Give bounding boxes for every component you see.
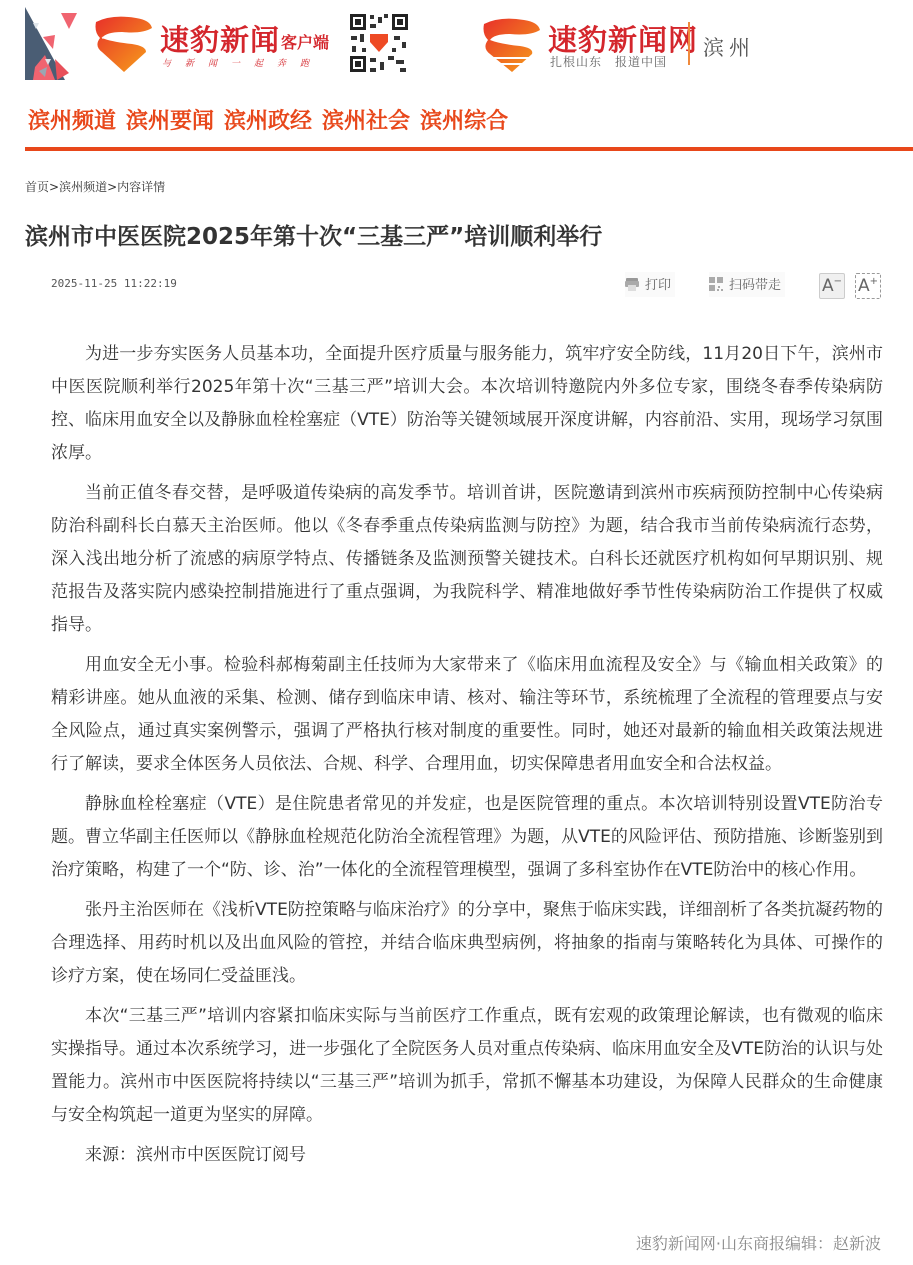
app-slogan: 与新闻一起奔跑 — [162, 56, 323, 69]
decorative-triangles-icon — [25, 7, 79, 80]
article-paragraph: 张丹主治医师在《浅析VTE防控策略与临床治疗》的分享中，聚焦于临床实践，详细剖析… — [51, 894, 883, 993]
breadcrumb-current: 内容详情 — [117, 180, 165, 194]
print-button[interactable]: 打印 — [625, 272, 675, 297]
font-increase-button[interactable]: A+ — [855, 273, 881, 299]
article-paragraph: 本次“三基三严”培训内容紧扣临床实际与当前医疗工作重点，既有宏观的政策理论解读，… — [51, 1000, 883, 1132]
app-leopard-logo-icon — [92, 12, 154, 74]
channel-nav: 滨州频道 滨州要闻 滨州政经 滨州社会 滨州综合 — [28, 104, 508, 135]
breadcrumb-separator: > — [107, 180, 117, 194]
nav-item-binzhou-society[interactable]: 滨州社会 — [322, 104, 410, 135]
print-label: 打印 — [645, 274, 671, 293]
nav-item-binzhou-news[interactable]: 滨州要闻 — [126, 104, 214, 135]
breadcrumb-separator: > — [49, 180, 59, 194]
site-leopard-logo-icon — [480, 14, 542, 72]
font-decrease-button[interactable]: A− — [819, 273, 845, 299]
article-body: 为进一步夯实医务人员基本功，全面提升医疗质量与服务能力，筑牢疗安全防线，11月2… — [51, 338, 883, 1179]
article-title: 滨州市中医医院2025年第十次“三基三严”培训顺利举行 — [25, 218, 602, 251]
app-title: 速豹新闻 — [160, 18, 280, 59]
scan-qr-label: 扫码带走 — [729, 274, 781, 293]
plus-icon: + — [870, 276, 878, 287]
city-label: 滨州 — [703, 32, 755, 62]
printer-icon — [625, 277, 639, 291]
font-increase-label: A — [858, 276, 870, 296]
article-source: 来源：滨州市中医医院订阅号 — [51, 1139, 883, 1172]
nav-item-binzhou-channel[interactable]: 滨州频道 — [28, 104, 116, 135]
breadcrumb-channel[interactable]: 滨州频道 — [59, 180, 107, 194]
publish-datetime: 2025-11-25 11:22:19 — [51, 277, 177, 290]
minus-icon: − — [834, 276, 842, 287]
article-paragraph: 用血安全无小事。检验科郝梅菊副主任技师为大家带来了《临床用血流程及安全》与《输血… — [51, 649, 883, 781]
nav-item-binzhou-general[interactable]: 滨州综合 — [420, 104, 508, 135]
font-decrease-label: A — [822, 276, 834, 296]
editor-credit: 速豹新闻网·山东商报编辑：赵新波 — [636, 1231, 881, 1254]
article-paragraph: 当前正值冬春交替，是呼吸道传染病的高发季节。培训首讲，医院邀请到滨州市疾病预防控… — [51, 477, 883, 642]
article-paragraph: 为进一步夯实医务人员基本功，全面提升医疗质量与服务能力，筑牢疗安全防线，11月2… — [51, 338, 883, 470]
qr-code-icon — [348, 12, 410, 74]
app-subtitle: 客户端 — [281, 30, 329, 53]
breadcrumb: 首页>滨州频道>内容详情 — [25, 178, 165, 195]
breadcrumb-home[interactable]: 首页 — [25, 180, 49, 194]
nav-divider — [25, 147, 913, 151]
article-paragraph: 静脉血栓栓塞症（VTE）是住院患者常见的并发症，也是医院管理的重点。本次培训特别… — [51, 788, 883, 887]
scan-qr-button[interactable]: 扫码带走 — [709, 272, 785, 297]
header-banner: 速豹新闻 客户端 与新闻一起奔跑 速豹新闻网 扎根山东 报道中国 滨州 — [0, 0, 913, 90]
header-divider — [688, 22, 690, 65]
qr-small-icon — [709, 277, 723, 291]
site-slogan: 扎根山东 报道中国 — [550, 53, 667, 70]
nav-item-binzhou-politics-economy[interactable]: 滨州政经 — [224, 104, 312, 135]
